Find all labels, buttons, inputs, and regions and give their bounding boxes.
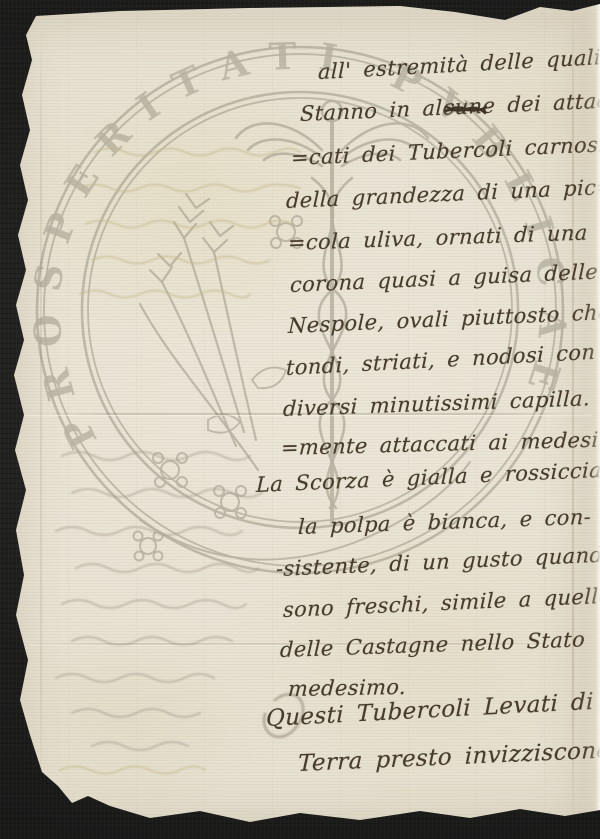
manuscript-line: =cola uliva, ornati di una bbox=[288, 221, 589, 256]
manuscript-line: medesimo. bbox=[287, 675, 406, 701]
manuscript-line: -sistente, di un gusto quando bbox=[276, 542, 600, 581]
manuscript-line: Terra presto invizziscono bbox=[298, 737, 600, 777]
manuscript-line: =cati dei Tubercoli carnosi bbox=[291, 132, 600, 170]
manuscript-line: corona quasi a guisa delle bbox=[290, 260, 599, 298]
manuscript-line: Stanno in alcune dei attac- bbox=[300, 88, 600, 126]
manuscript-line: =mente attaccati ai medesimi. bbox=[280, 427, 600, 460]
manuscript-line: la polpa è bianca, e con- bbox=[298, 505, 592, 539]
manuscript-line: sono freschi, simile a quello bbox=[283, 584, 600, 622]
manuscript-line: Nespole, ovali piuttosto che bbox=[288, 300, 600, 338]
manuscript-line: delle Castagne nello Stato bbox=[280, 627, 586, 662]
manuscript-page: PROSPERITATI PVBLICAE bbox=[0, 0, 600, 839]
manuscript-line: La Scorza è gialla e rossiccia, bbox=[256, 458, 600, 497]
wheat-sheaf-icon bbox=[140, 194, 258, 470]
manuscript-line: all' estremità delle quali bbox=[318, 45, 600, 84]
manuscript-line: della grandezza di una pic= bbox=[286, 175, 600, 213]
photograph-backdrop: PROSPERITATI PVBLICAE bbox=[0, 0, 600, 839]
manuscript-line: tondi, striati, e nodosi con bbox=[286, 340, 596, 380]
manuscript-line: diversi minutissimi capilla. bbox=[283, 386, 591, 421]
fold-crease bbox=[40, 30, 42, 790]
